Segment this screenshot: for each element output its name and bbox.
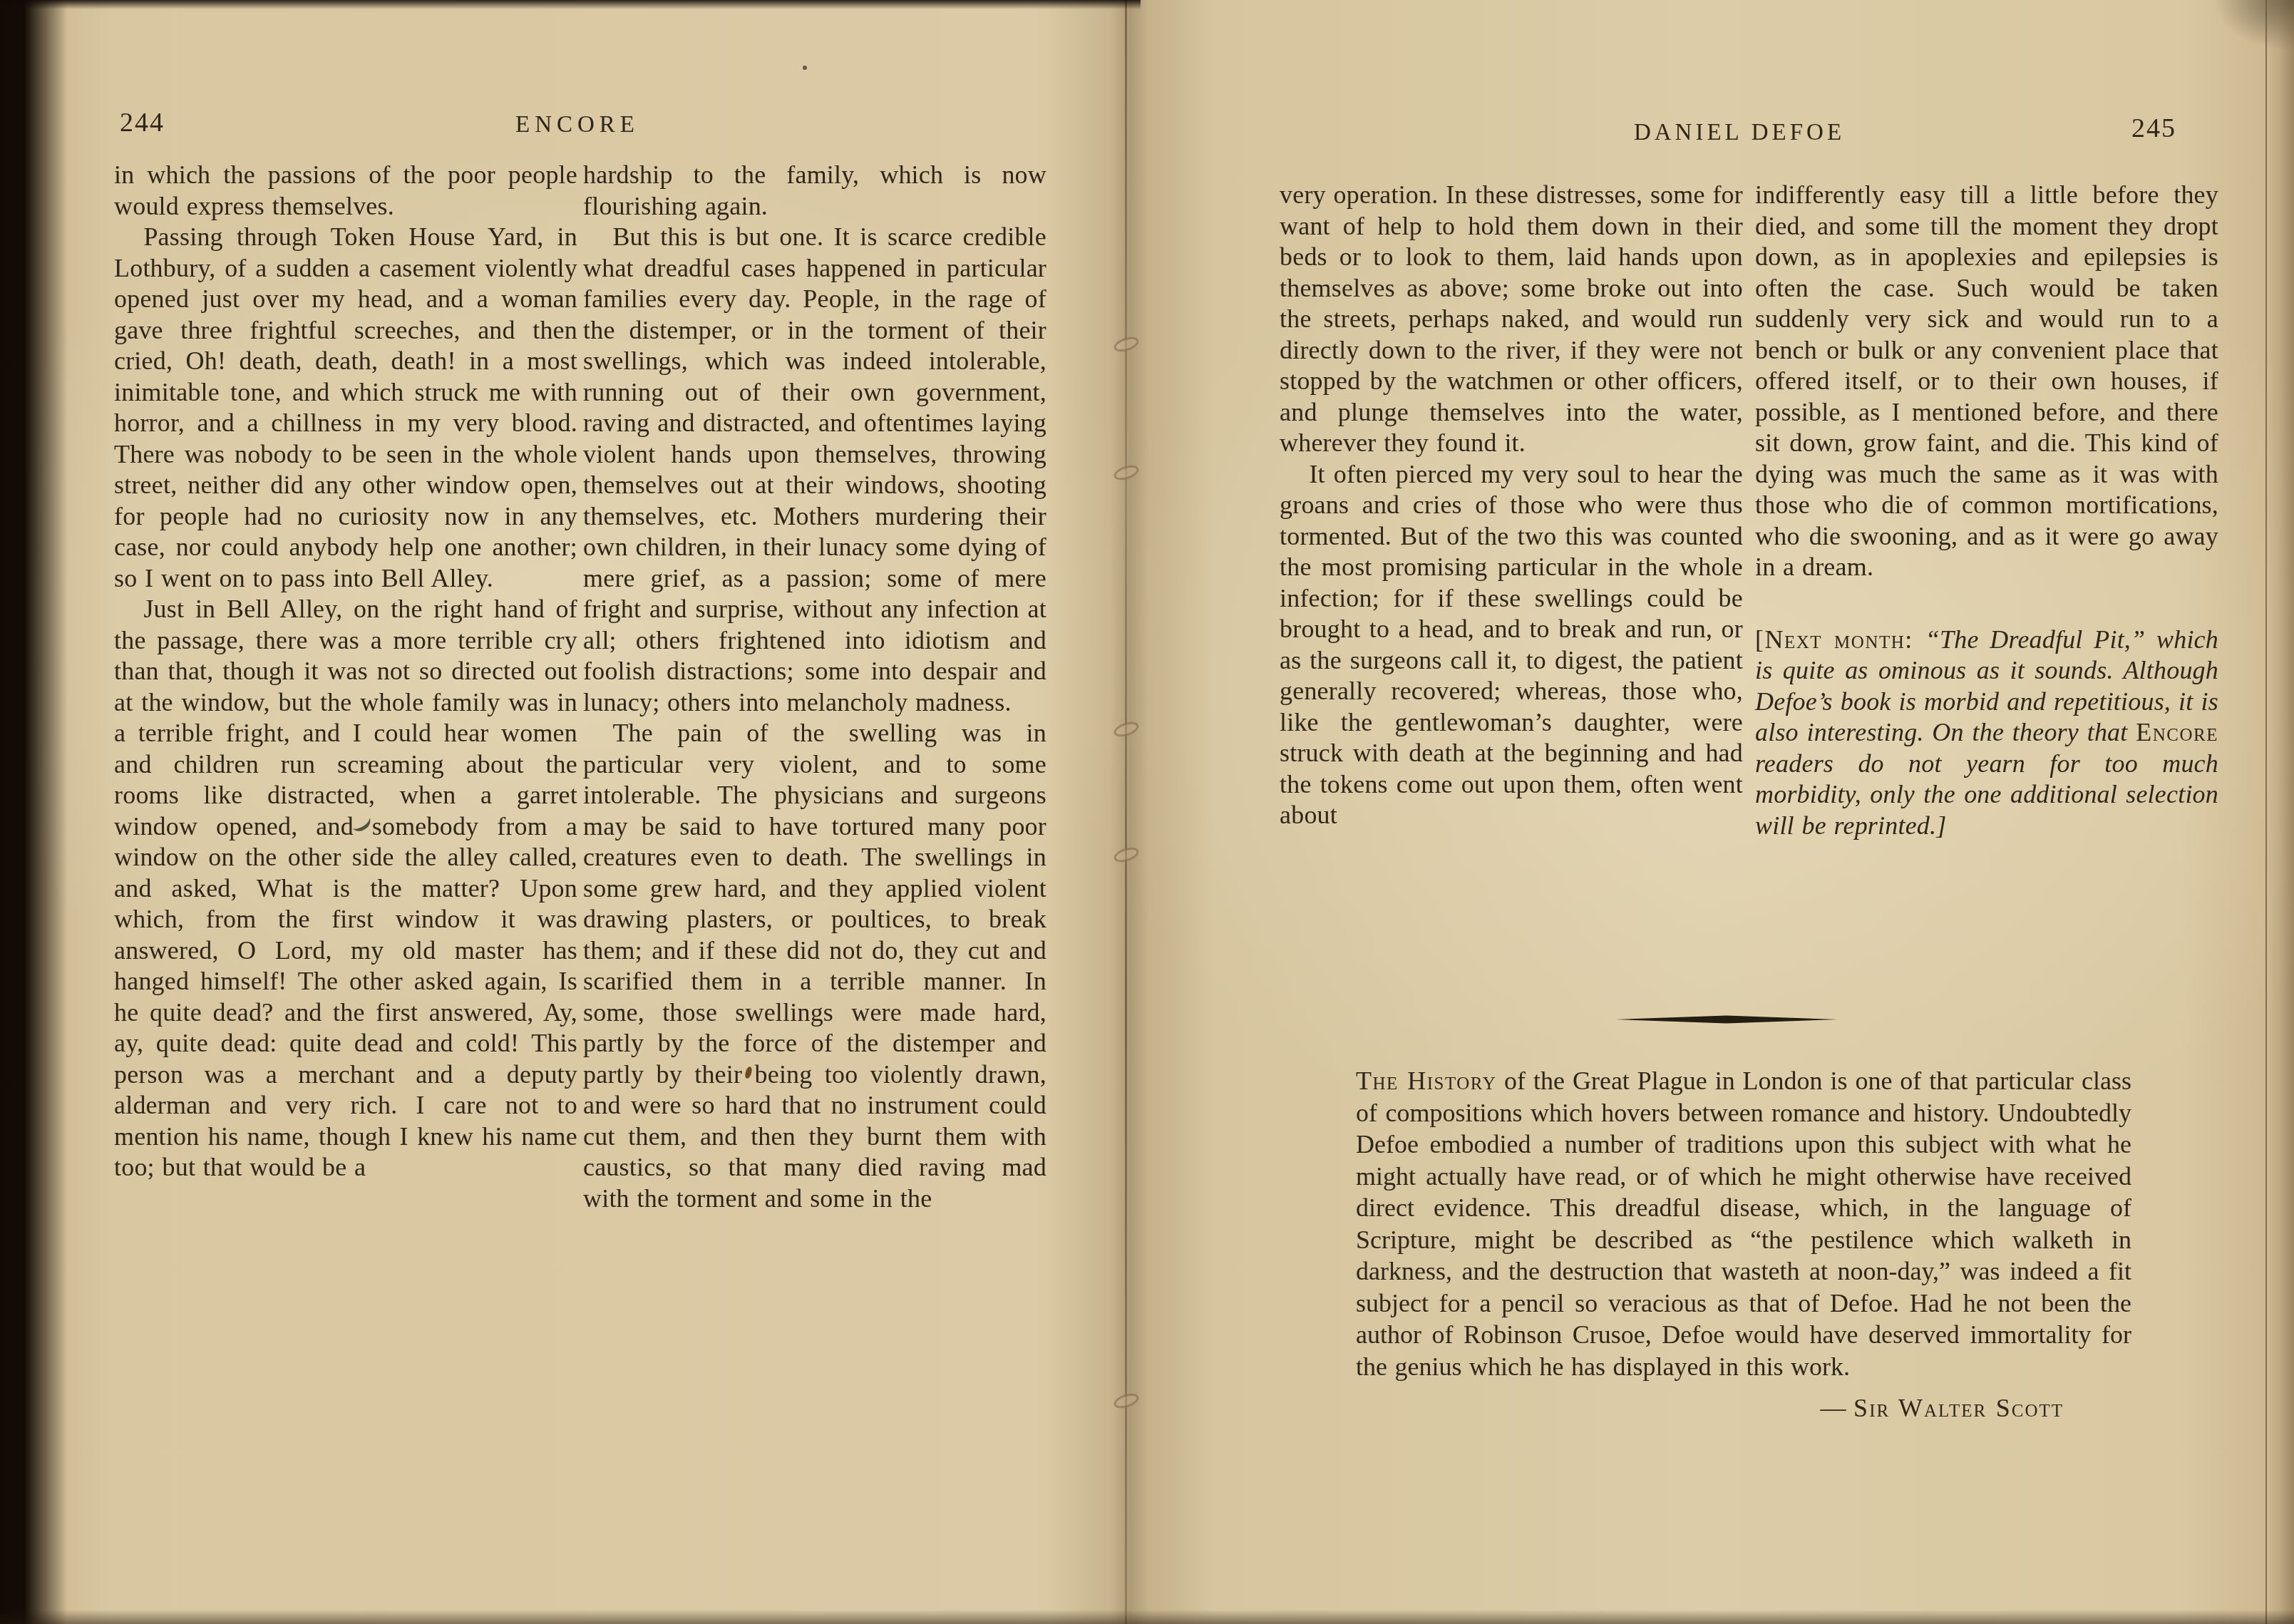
page-number-right: 245 <box>2131 113 2176 144</box>
running-header-right: DANIEL DEFOE <box>1198 120 2281 146</box>
paragraph: hardship to the family, which is now flo… <box>583 160 1046 222</box>
paragraph: very operation. In these distresses, som… <box>1280 180 1743 459</box>
page-edge-right <box>2265 0 2294 1624</box>
paragraph: Passing through Token House Yard, in Lot… <box>114 222 577 594</box>
binding-crease <box>1125 0 1127 1624</box>
scott-quote-attribution: — Sir Walter Scott <box>1356 1392 2131 1424</box>
page-245-column-2-text: indifferently easy till a little before … <box>1755 180 2218 583</box>
editor-note-title: “The Dreadful Pit,” <box>1925 625 2146 654</box>
page-244-column-2: hardship to the family, which is now flo… <box>583 160 1046 1214</box>
scan-artifact <box>803 66 807 70</box>
scan-edge-left <box>0 0 68 1624</box>
paragraph: in which the passions of the poor people… <box>114 160 577 222</box>
page-245-column-1: very operation. In these distresses, som… <box>1280 180 1743 831</box>
page-244-column-1: in which the passions of the poor people… <box>114 160 577 1183</box>
scott-quote-block: The History of the Great Plague in Londo… <box>1356 1065 2131 1424</box>
scott-quote-text: The History of the Great Plague in Londo… <box>1356 1065 2131 1382</box>
page-245-column-2: indifferently easy till a little before … <box>1755 180 2218 841</box>
paragraph: The pain of the swelling was in particul… <box>583 718 1046 1214</box>
scan-edge-bottom <box>0 1610 2294 1624</box>
scan-edge-top <box>0 0 1141 9</box>
section-divider-rule <box>1616 1015 1837 1024</box>
scott-quote-lead: The History <box>1356 1067 1496 1095</box>
gutter-shadow <box>1048 0 1212 1624</box>
editor-note-brand: Encore <box>2136 718 2218 746</box>
running-header-left: ENCORE <box>43 112 1112 138</box>
editor-note-body-2: readers do not yearn for too much morbid… <box>1755 749 2218 840</box>
paragraph: But this is but one. It is scarce credib… <box>583 222 1046 718</box>
paragraph: Just in Bell Alley, on the right hand of… <box>114 594 577 1183</box>
open-book-scan: 244 ENCORE in which the passions of the … <box>0 0 2294 1624</box>
scott-quote-body: of the Great Plague in London is one of … <box>1356 1067 2131 1381</box>
attribution-name: Sir Walter Scott <box>1853 1394 2064 1422</box>
attribution-dash: — <box>1821 1394 1854 1422</box>
paragraph: indifferently easy till a little before … <box>1755 180 2218 583</box>
paragraph: It often pierced my very soul to hear th… <box>1280 459 1743 831</box>
editor-note-label: [Next month: <box>1755 625 1925 654</box>
editor-note: [Next month: “The Dreadful Pit,” which i… <box>1755 625 2218 842</box>
